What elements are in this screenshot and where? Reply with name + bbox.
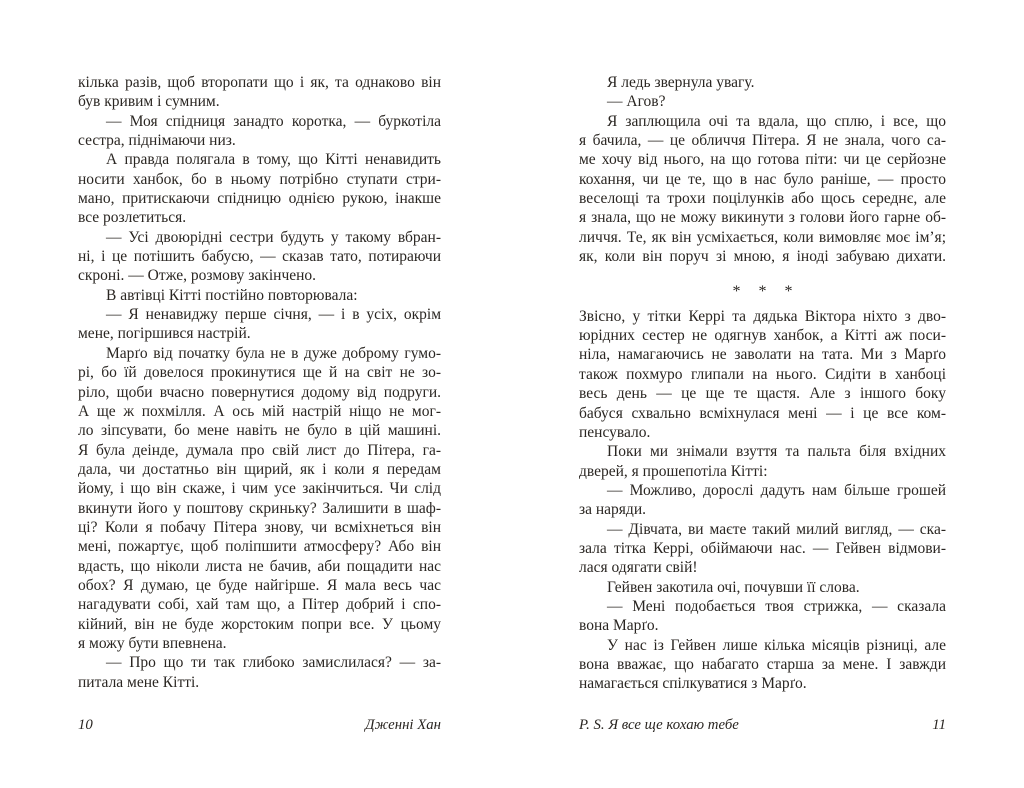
text-line: ме хочу від нього, на що готова піти: чи… — [579, 150, 946, 169]
text-line: я можу бути впевнена. — [78, 634, 441, 653]
text-line: В автівці Кітті постійно повторювала: — [78, 286, 441, 305]
text-line: вона Марґо. — [579, 616, 946, 635]
text-line: мано, притискаючи спідницю однією рукою,… — [78, 189, 441, 208]
text-line: кілька разів, щоб второпати що і як, та … — [78, 73, 441, 92]
text-line: Марґо від початку була не в дуже доброму… — [78, 344, 441, 363]
text-line: юрідних сестер не одягнув ханбок, а Кітт… — [579, 326, 946, 345]
text-line: — Мені подобається твоя стрижка, — сказа… — [579, 597, 946, 616]
text-line: вона вважає, що набагато старша за мене.… — [579, 655, 946, 674]
text-line: кійний, він не буде жорстоким попри все.… — [78, 615, 441, 634]
text-line: нагадувати собі, хай там що, а Пітер доб… — [78, 595, 441, 614]
text-line: ло зіпсувати, бо мене навіть не було в ц… — [78, 421, 441, 440]
text-line: скроні. — Отже, розмову закінчено. — [78, 266, 441, 285]
text-line: кохання, чи це те, що в нас було раніше,… — [579, 170, 946, 189]
text-line: мені, пожартує, щоб поліпшити атмосферу?… — [78, 537, 441, 556]
text-line: — Я ненавиджу перше січня, — і в усіх, о… — [78, 305, 441, 324]
right-page-text-column: Я ледь звернула увагу.— Агов?Я заплющила… — [579, 73, 946, 694]
text-line: пенсувало. — [579, 423, 946, 442]
running-title-book: P. S. Я все ще кохаю тебе — [579, 716, 739, 734]
text-line: ні, і це потішить бабусю, — сказав тато,… — [78, 247, 441, 266]
text-line: мене, погіршився настрій. — [78, 324, 441, 343]
text-line: — Агов? — [579, 92, 946, 111]
text-line: У нас із Гейвен лише кілька місяців різн… — [579, 636, 946, 655]
right-page-footer: P. S. Я все ще кохаю тебе 11 — [579, 716, 946, 734]
text-line: ріло, щоби вчасно повернутися додому від… — [78, 383, 441, 402]
text-line: — Можливо, дорослі дадуть нам більше гро… — [579, 481, 946, 500]
text-line: — Про що ти так глибоко замислилася? — з… — [78, 653, 441, 672]
text-line: за наряди. — [579, 500, 946, 519]
text-line: Звісно, у тітки Керрі та дядька Віктора … — [579, 307, 946, 326]
text-line: лася одягати свій! — [579, 558, 946, 577]
text-line: носити ханбок, бо в ньому потрібно ступа… — [78, 170, 441, 189]
left-page-footer: 10 Дженні Хан — [78, 716, 441, 734]
text-line: також похмуро глипали на нього. Сидіти в… — [579, 365, 946, 384]
text-line: я бачила, — це обличчя Пітера. Я не знал… — [579, 131, 946, 150]
text-line: був кривим і сумним. — [78, 92, 441, 111]
text-line: обох? Я думаю, це буде найгірше. Я мала … — [78, 576, 441, 595]
text-line: Я ледь звернула увагу. — [579, 73, 946, 92]
text-line: все розлетиться. — [78, 208, 441, 227]
text-line: дверей, я прошепотіла Кітті: — [579, 462, 946, 481]
text-line: рі, бо їй довелося прокинутися ще й на с… — [78, 363, 441, 382]
text-line: Я була деінде, думала про свій лист до П… — [78, 441, 441, 460]
text-line: Я заплющила очі та вдала, що сплю, і все… — [579, 112, 946, 131]
scene-break-separator: * * * — [579, 282, 946, 301]
running-title-author: Дженні Хан — [365, 716, 441, 734]
text-line: веселощі та трохи поцілунків або щось се… — [579, 189, 946, 208]
text-line: зала тітка Керрі, обіймаючи нас. — Гейве… — [579, 539, 946, 558]
right-page-number: 11 — [932, 716, 946, 734]
text-line: дала, чи достатньо він щирий, як і коли … — [78, 460, 441, 479]
text-line: як, коли він поруч зі мною, я іноді забу… — [579, 247, 946, 266]
text-line: сестра, піднімаючи низ. — [78, 131, 441, 150]
text-line: А правда полягала в тому, що Кітті ненав… — [78, 150, 441, 169]
text-line: А ще ж похмілля. А ось мій настрій ніщо … — [78, 402, 441, 421]
text-line: вкинути його у поштову скриньку? Залишит… — [78, 499, 441, 518]
text-line: весь день — це ще те щастя. Але з іншого… — [579, 384, 946, 403]
text-line: вдасть, що ніколи листа не бачив, аби по… — [78, 557, 441, 576]
text-line: — Усі двоюрідні сестри будуть у такому в… — [78, 228, 441, 247]
text-line: — Дівчата, ви маєте такий милий вигляд, … — [579, 520, 946, 539]
text-line: ніла, намагаючись не заволати на тата. М… — [579, 345, 946, 364]
left-page-number: 10 — [78, 716, 93, 734]
left-page-text-column: кілька разів, щоб второпати що і як, та … — [78, 73, 441, 692]
text-line: личчя. Те, як він усміхається, коли вимо… — [579, 228, 946, 247]
text-line: йому, і що він скаже, і чим усе закінчит… — [78, 479, 441, 498]
text-line: питала мене Кітті. — [78, 673, 441, 692]
text-line: Поки ми знімали взуття та пальта біля вх… — [579, 442, 946, 461]
text-line: — Моя спідниця занадто коротка, — буркот… — [78, 112, 441, 131]
text-line: я знала, що не можу викинути з голови йо… — [579, 208, 946, 227]
text-line: бабуся схвально всміхнулася мені — і це … — [579, 404, 946, 423]
text-line: Гейвен закотила очі, почувши її слова. — [579, 578, 946, 597]
text-line: ці? Коли я побачу Пітера знову, чи всміх… — [78, 518, 441, 537]
text-line: намагається спілкуватися з Марґо. — [579, 674, 946, 693]
